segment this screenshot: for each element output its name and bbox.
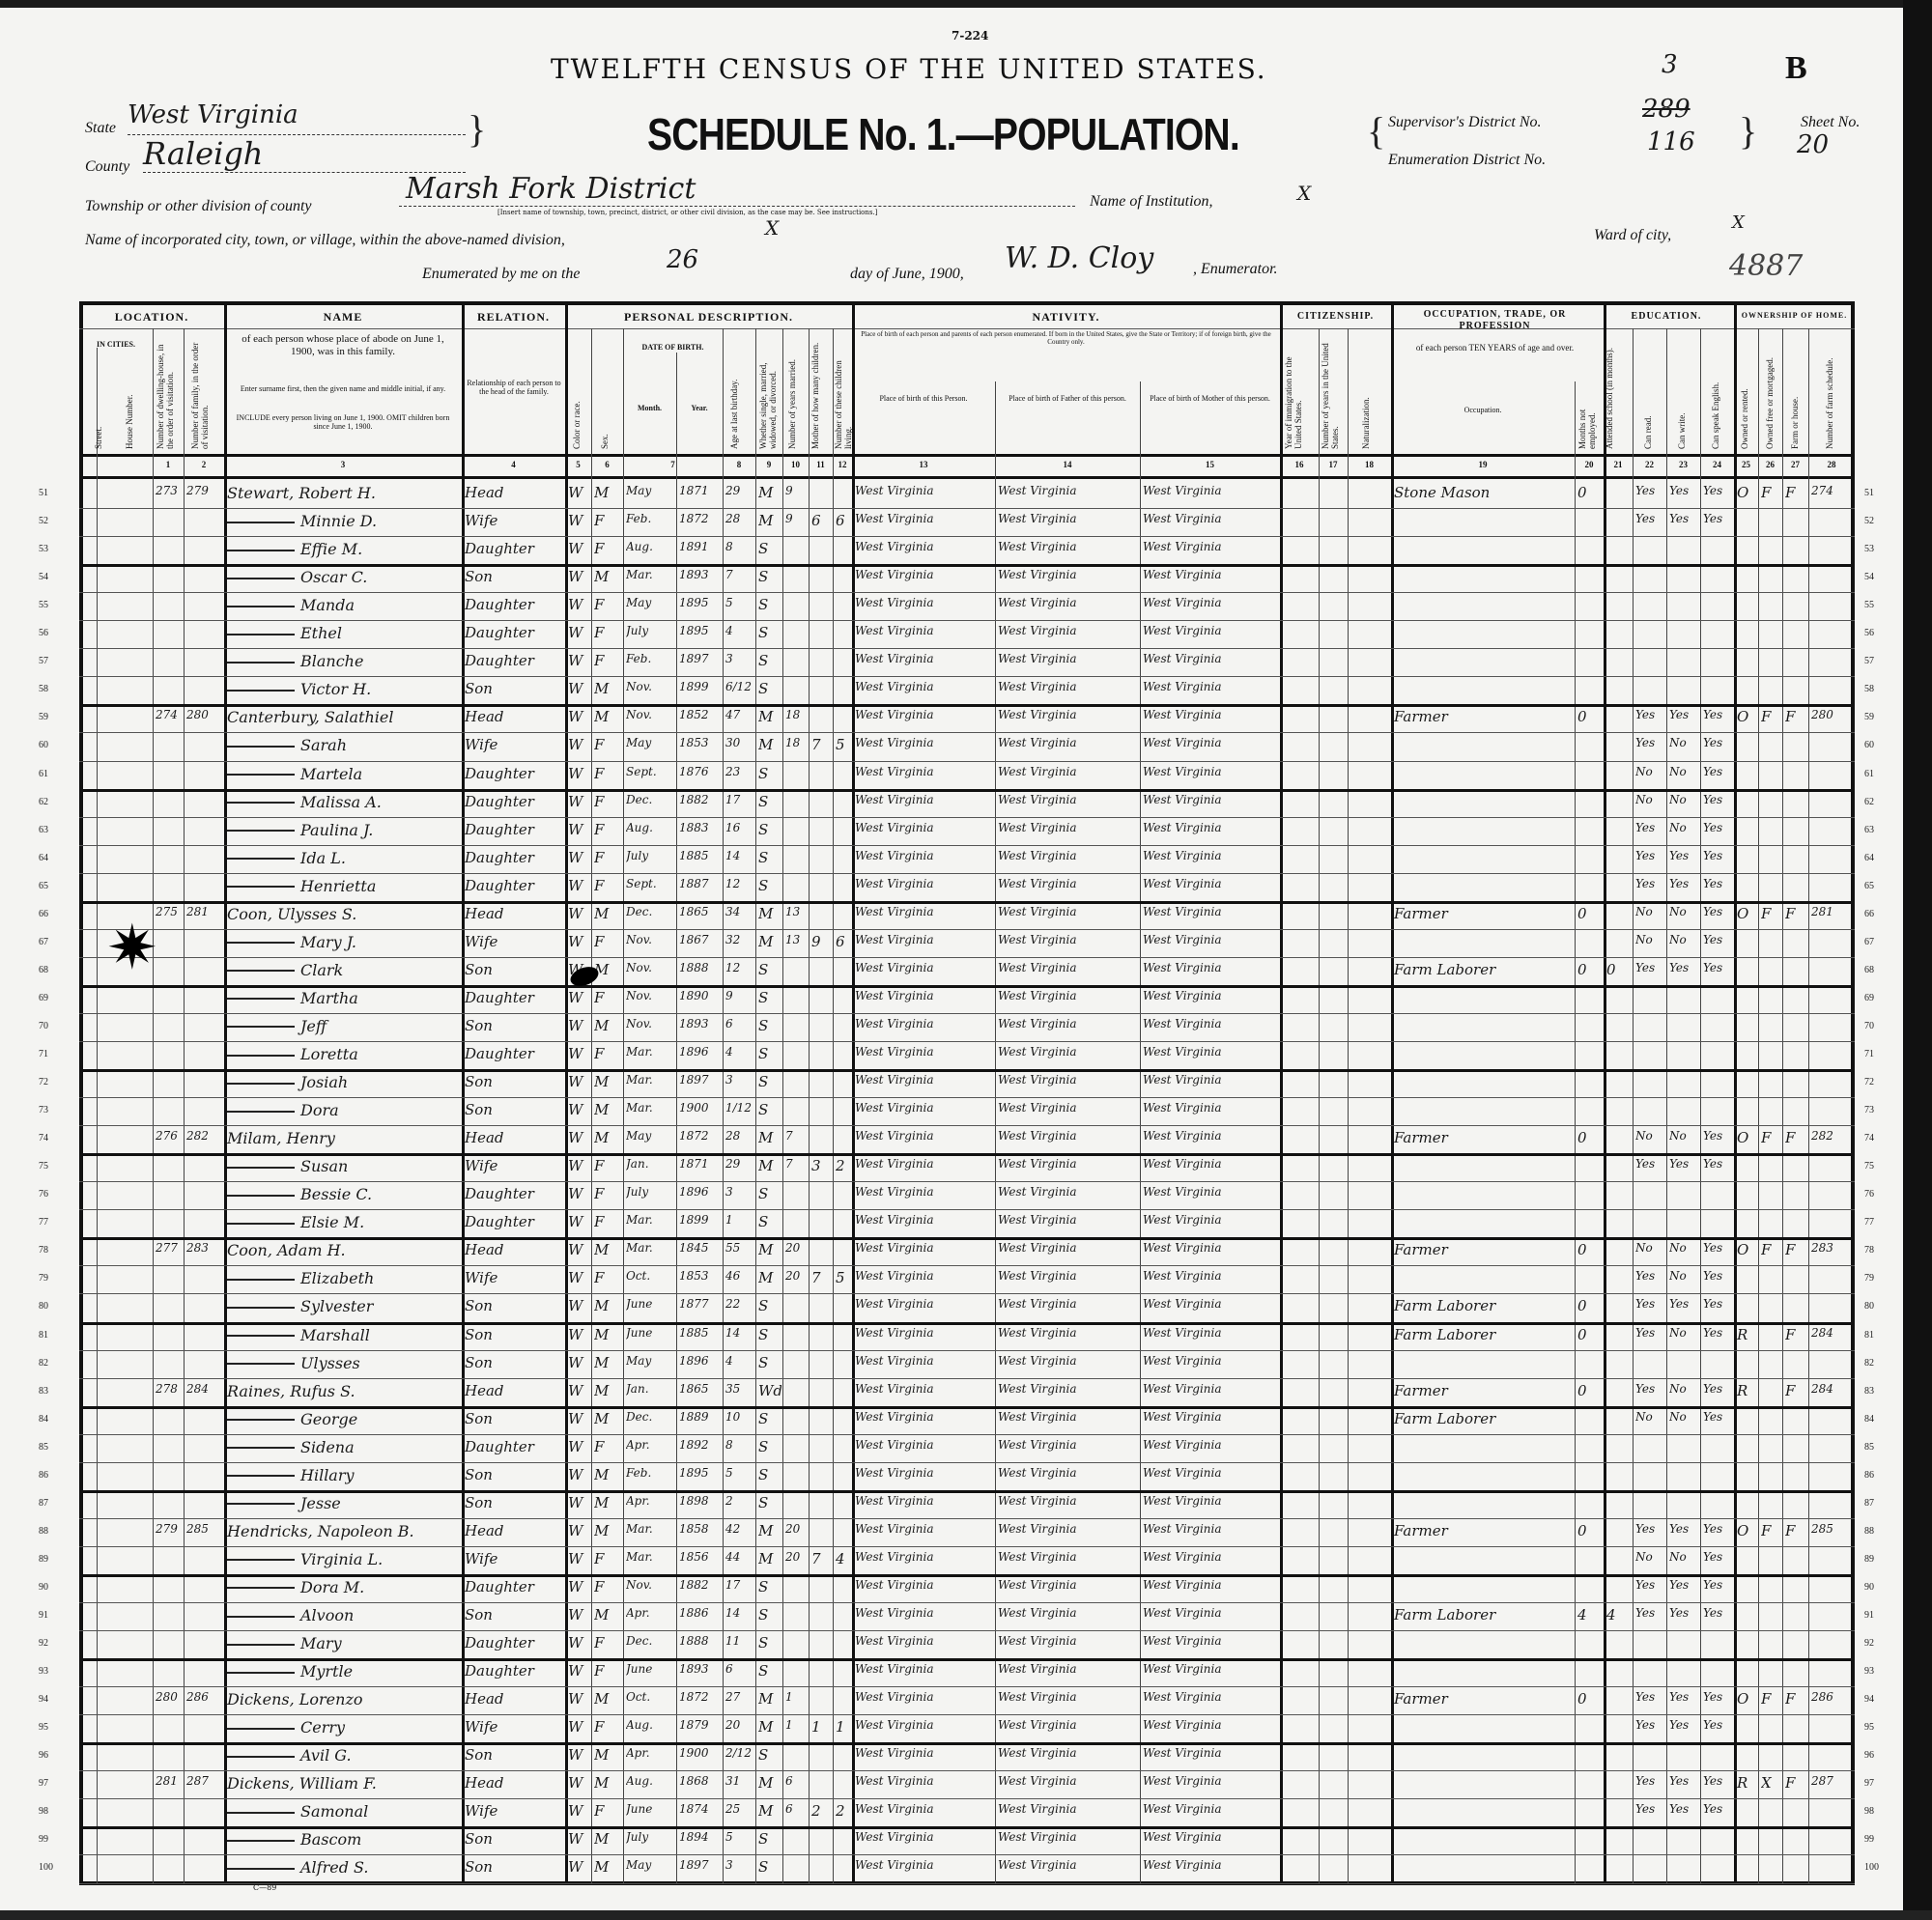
cell-relation: Daughter <box>465 1213 564 1236</box>
cell-relation: Wife <box>465 1718 564 1741</box>
cell-living: 6 <box>836 933 851 956</box>
ditto-dash <box>227 1195 295 1197</box>
cell-birth: West Virginia <box>855 1830 994 1853</box>
cell-write: Yes <box>1669 1157 1699 1180</box>
cell-occupation: Farm Laborer <box>1394 1410 1574 1433</box>
cell-sex: F <box>594 793 622 816</box>
cell-year: 1889 <box>679 1410 722 1433</box>
cell-name-text: Martela <box>300 765 362 783</box>
cell-year: 1887 <box>679 877 722 900</box>
cell-dwelling: 281 <box>156 1774 183 1797</box>
cell-dwelling: 277 <box>156 1241 183 1264</box>
cell-birth: West Virginia <box>855 1382 994 1405</box>
cell-write: Yes <box>1669 1802 1699 1825</box>
line-number: 80 <box>39 1301 48 1312</box>
ditto-dash <box>227 1503 295 1505</box>
line-number-right: 98 <box>1864 1806 1874 1817</box>
header-name-instr1: Enter surname first, then the given name… <box>232 384 454 393</box>
ditto-dash <box>227 662 295 664</box>
census-row: 8989Virginia L.WifeWFMar.185644M2074West… <box>79 1546 1855 1574</box>
line-number: 94 <box>39 1694 48 1705</box>
line-number: 65 <box>39 881 48 891</box>
cell-month: May <box>626 1354 675 1377</box>
cell-read: Yes <box>1635 877 1665 900</box>
line-number: 85 <box>39 1442 48 1453</box>
cell-write: Yes <box>1669 961 1699 984</box>
census-row: 8080SylvesterSonWMJune187722SWest Virgin… <box>79 1293 1855 1321</box>
cell-farm: F <box>1785 1129 1807 1152</box>
cell-age: 2 <box>725 1494 754 1517</box>
cell-father-birth: West Virginia <box>998 1101 1139 1124</box>
ditto-dash <box>227 1616 295 1618</box>
cell-name: Martha <box>227 989 461 1012</box>
cell-sex: M <box>594 1466 622 1489</box>
cell-year: 1895 <box>679 1466 722 1489</box>
cell-month: June <box>626 1326 675 1349</box>
header-farm-schedule: Number of farm schedule. <box>1826 333 1835 449</box>
census-row: 5454Oscar C.SonWMMar.18937SWest Virginia… <box>79 564 1855 592</box>
cell-family: 279 <box>186 484 223 507</box>
cell-mother-birth: West Virginia <box>1143 1438 1279 1461</box>
cell-mother-birth: West Virginia <box>1143 1718 1279 1741</box>
cell-school: 0 <box>1606 961 1632 984</box>
header-family: Number of family, in the order of visita… <box>191 338 216 449</box>
line-number: 82 <box>39 1358 48 1369</box>
header-rule-bottom <box>79 476 1855 479</box>
cell-month: Mar. <box>626 1101 675 1124</box>
scan-edge-top <box>0 0 1932 8</box>
cell-mother-of: 1 <box>811 1718 832 1741</box>
line-number-right: 70 <box>1864 1021 1874 1031</box>
cell-marital: S <box>758 1438 781 1461</box>
cell-name-text: Minnie D. <box>300 512 377 530</box>
line-number: 97 <box>39 1778 48 1789</box>
cell-mother-birth: West Virginia <box>1143 484 1279 507</box>
cell-write: No <box>1669 933 1699 956</box>
cell-name-text: Ida L. <box>300 849 346 867</box>
cell-name: Elsie M. <box>227 1213 461 1236</box>
cell-free: F <box>1761 1522 1781 1545</box>
cell-mother-birth: West Virginia <box>1143 1185 1279 1208</box>
cell-name: Josiah <box>227 1073 461 1096</box>
cell-birth: West Virginia <box>855 849 994 872</box>
cell-name: Alvoon <box>227 1606 461 1629</box>
census-row: 5757BlancheDaughterWFFeb.18973SWest Virg… <box>79 648 1855 676</box>
cell-sex: F <box>594 1550 622 1573</box>
cell-marital: S <box>758 793 781 816</box>
line-number-right: 89 <box>1864 1554 1874 1565</box>
cell-mother-birth: West Virginia <box>1143 1269 1279 1292</box>
cell-relation: Son <box>465 1354 564 1377</box>
enumeration-district-label: Enumeration District No. <box>1388 152 1546 169</box>
ditto-dash <box>227 1447 295 1449</box>
cell-year: 1893 <box>679 1662 722 1685</box>
cell-mother-birth: West Virginia <box>1143 1858 1279 1881</box>
enumerated-day: 26 <box>667 245 698 274</box>
cell-sex: M <box>594 680 622 703</box>
cell-birth: West Virginia <box>855 1662 994 1685</box>
cell-month: Nov. <box>626 933 675 956</box>
cell-month: Apr. <box>626 1494 675 1517</box>
column-number: 17 <box>1319 460 1348 469</box>
line-number-right: 75 <box>1864 1161 1874 1172</box>
cell-name: Dickens, William F. <box>227 1774 461 1797</box>
brace-district-right: } <box>1739 108 1757 154</box>
cell-birth: West Virginia <box>855 877 994 900</box>
cell-father-birth: West Virginia <box>998 1550 1139 1573</box>
cell-name: Manda <box>227 596 461 619</box>
cell-year: 1896 <box>679 1045 722 1068</box>
cell-mother-birth: West Virginia <box>1143 1297 1279 1320</box>
cell-color: W <box>568 821 590 844</box>
cell-relation: Daughter <box>465 765 564 788</box>
ditto-dash <box>227 1307 295 1309</box>
sheet-side: B <box>1785 50 1807 87</box>
line-number: 78 <box>39 1245 48 1256</box>
cell-father-birth: West Virginia <box>998 1774 1139 1797</box>
cell-marital: S <box>758 680 781 703</box>
cell-age: 1/12 <box>725 1101 754 1124</box>
cell-farm: F <box>1785 1774 1807 1797</box>
cell-color: W <box>568 1410 590 1433</box>
cell-unemployed: 0 <box>1577 1522 1603 1545</box>
cell-marital: S <box>758 849 781 872</box>
cell-mother-birth: West Virginia <box>1143 765 1279 788</box>
cell-father-birth: West Virginia <box>998 1662 1139 1685</box>
cell-color: W <box>568 1101 590 1124</box>
header-nativity-desc: Place of birth of each person and parent… <box>860 330 1272 346</box>
cell-sex: F <box>594 1802 622 1825</box>
cell-color: W <box>568 793 590 816</box>
cell-age: 5 <box>725 1830 754 1853</box>
cell-birth: West Virginia <box>855 989 994 1012</box>
cell-mother-birth: West Virginia <box>1143 1354 1279 1377</box>
cell-year: 1885 <box>679 849 722 872</box>
cell-color: W <box>568 1634 590 1657</box>
state-label: State <box>85 120 116 137</box>
line-number-right: 59 <box>1864 712 1874 722</box>
cell-marital: S <box>758 1354 781 1377</box>
cell-marital: S <box>758 596 781 619</box>
line-number-right: 86 <box>1864 1470 1874 1481</box>
form-number: 7-224 <box>952 29 988 42</box>
cell-mother-birth: West Virginia <box>1143 1410 1279 1433</box>
census-row: 6161MartelaDaughterWFSept.187623SWest Vi… <box>79 761 1855 789</box>
cell-color: W <box>568 765 590 788</box>
cell-father-birth: West Virginia <box>998 1241 1139 1264</box>
column-number: 19 <box>1391 460 1575 469</box>
cell-name-text: Avil G. <box>300 1746 352 1765</box>
header-dwelling: Number of dwelling-house, in the order o… <box>156 338 180 449</box>
cell-read: Yes <box>1635 1157 1665 1180</box>
cell-living: 5 <box>836 1269 851 1292</box>
cell-birth: West Virginia <box>855 624 994 647</box>
ward-label: Ward of city, <box>1594 227 1671 244</box>
cell-father-birth: West Virginia <box>998 877 1139 900</box>
cell-write: No <box>1669 1269 1699 1292</box>
cell-age: 30 <box>725 736 754 759</box>
cell-sex: F <box>594 1438 622 1461</box>
cell-age: 12 <box>725 877 754 900</box>
cell-father-birth: West Virginia <box>998 1606 1139 1629</box>
ditto-dash <box>227 1083 295 1085</box>
cell-month: Dec. <box>626 793 675 816</box>
cell-birth: West Virginia <box>855 1017 994 1040</box>
cell-relation: Head <box>465 1382 564 1405</box>
cell-month: July <box>626 1830 675 1853</box>
cell-color: W <box>568 540 590 563</box>
ditto-dash <box>227 578 295 579</box>
scan-edge-right <box>1903 0 1932 1920</box>
cell-mother-birth: West Virginia <box>1143 596 1279 619</box>
cell-marital: M <box>758 905 781 928</box>
cell-relation: Son <box>465 1494 564 1517</box>
cell-sex: M <box>594 708 622 731</box>
cell-marital: M <box>758 1774 781 1797</box>
cell-year: 1896 <box>679 1185 722 1208</box>
ditto-dash <box>227 1363 295 1365</box>
cell-age: 6 <box>725 1017 754 1040</box>
cell-name-text: Jesse <box>300 1494 341 1512</box>
cell-father-birth: West Virginia <box>998 765 1139 788</box>
cell-year: 1895 <box>679 596 722 619</box>
line-number-right: 54 <box>1864 572 1874 582</box>
cell-mother-of: 9 <box>811 933 832 956</box>
cell-year: 1872 <box>679 1690 722 1713</box>
cell-name: Cerry <box>227 1718 461 1741</box>
ditto-dash <box>227 1728 295 1730</box>
cell-birth: West Virginia <box>855 596 994 619</box>
cell-name: Milam, Henry <box>227 1129 461 1152</box>
ditto-dash <box>227 1644 295 1646</box>
census-row: 8686HillarySonWMFeb.18955SWest VirginiaW… <box>79 1462 1855 1490</box>
cell-month: Nov. <box>626 1578 675 1601</box>
line-number: 51 <box>39 488 48 498</box>
column-number: 28 <box>1808 460 1855 469</box>
header-marital: Whether single, married, widowed, or div… <box>759 338 781 449</box>
cell-age: 29 <box>725 1157 754 1180</box>
cell-father-birth: West Virginia <box>998 1578 1139 1601</box>
cell-marital: M <box>758 512 781 535</box>
census-row: 8383278284Raines, Rufus S.HeadWMJan.1865… <box>79 1378 1855 1406</box>
census-row: 6868ClarkSonWMNov.188812SWest VirginiaWe… <box>79 957 1855 985</box>
cell-name: Elizabeth <box>227 1269 461 1292</box>
cell-living: 4 <box>836 1550 851 1573</box>
ward-value: X <box>1732 212 1745 233</box>
census-row: 9393MyrtleDaughterWFJune18936SWest Virgi… <box>79 1658 1855 1686</box>
cell-name-text: Susan <box>300 1157 348 1175</box>
cell-birth: West Virginia <box>855 1326 994 1349</box>
cell-name: Malissa A. <box>227 793 461 816</box>
cell-family: 286 <box>186 1690 223 1713</box>
cell-year: 1900 <box>679 1746 722 1769</box>
cell-sex: M <box>594 1830 622 1853</box>
cell-family: 281 <box>186 905 223 928</box>
cell-name-text: Victor H. <box>300 680 371 698</box>
line-number: 60 <box>39 740 48 750</box>
line-number: 70 <box>39 1021 48 1031</box>
column-number: 18 <box>1348 460 1391 469</box>
cell-yrs-married: 9 <box>785 484 808 507</box>
line-number-right: 63 <box>1864 825 1874 835</box>
cell-father-birth: West Virginia <box>998 512 1139 535</box>
cell-color: W <box>568 1326 590 1349</box>
cell-age: 23 <box>725 765 754 788</box>
cell-father-birth: West Virginia <box>998 1634 1139 1657</box>
cell-name-text: Cerry <box>300 1718 345 1736</box>
cell-unemployed: 0 <box>1577 484 1603 507</box>
column-number: 8 <box>723 460 755 469</box>
cell-relation: Daughter <box>465 652 564 675</box>
cell-father-birth: West Virginia <box>998 1802 1139 1825</box>
cell-month: June <box>626 1662 675 1685</box>
cell-yrs-married: 18 <box>785 708 808 731</box>
marker-star-icon: ✷ <box>106 918 158 979</box>
cell-birth: West Virginia <box>855 652 994 675</box>
line-number-right: 87 <box>1864 1498 1874 1509</box>
cell-dwelling: 280 <box>156 1690 183 1713</box>
column-number: 7 <box>623 460 723 469</box>
cell-color: W <box>568 1185 590 1208</box>
cell-yrs-married: 1 <box>785 1690 808 1713</box>
township-label: Township or other division of county <box>85 198 312 215</box>
cell-father-birth: West Virginia <box>998 1858 1139 1881</box>
line-number: 55 <box>39 600 48 610</box>
cell-color: W <box>568 1297 590 1320</box>
cell-name-text: George <box>300 1410 357 1428</box>
cell-age: 4 <box>725 1045 754 1068</box>
header-personal-description: PERSONAL DESCRIPTION. <box>565 311 852 325</box>
column-number: 2 <box>184 460 224 469</box>
cell-mother-birth: West Virginia <box>1143 989 1279 1012</box>
line-number-right: 52 <box>1864 516 1874 526</box>
cell-name: Stewart, Robert H. <box>227 484 461 507</box>
cell-month: Mar. <box>626 1550 675 1573</box>
ditto-dash <box>227 886 295 888</box>
cell-yrs-married: 13 <box>785 905 808 928</box>
header-can-write: Can write. <box>1678 396 1688 449</box>
cell-color: W <box>568 1802 590 1825</box>
institution-label: Name of Institution, <box>1090 193 1213 211</box>
cell-relation: Son <box>465 1746 564 1769</box>
cell-marital: S <box>758 568 781 591</box>
line-number: 89 <box>39 1554 48 1565</box>
cell-birth: West Virginia <box>855 961 994 984</box>
cell-age: 44 <box>725 1550 754 1573</box>
census-row: 6565HenriettaDaughterWFSept.188712SWest … <box>79 873 1855 901</box>
cell-birth: West Virginia <box>855 1129 994 1152</box>
header-location: LOCATION. <box>79 311 224 325</box>
ditto-dash <box>227 942 295 944</box>
ditto-dash <box>227 830 295 832</box>
cell-yrs-married: 20 <box>785 1269 808 1292</box>
cell-free: F <box>1761 905 1781 928</box>
cell-relation: Head <box>465 708 564 731</box>
cell-yrs-married: 6 <box>785 1802 808 1825</box>
cell-relation: Wife <box>465 1802 564 1825</box>
header-house-number: House Number. <box>126 357 135 449</box>
state-value: West Virginia <box>128 100 298 129</box>
cell-read: No <box>1635 793 1665 816</box>
cell-color: W <box>568 596 590 619</box>
cell-unemployed: 0 <box>1577 1129 1603 1152</box>
cell-sex: F <box>594 624 622 647</box>
header-relation-desc: Relationship of each person to the head … <box>466 379 562 396</box>
census-row: 9292MaryDaughterWFDec.188811SWest Virgin… <box>79 1630 1855 1658</box>
cell-relation: Daughter <box>465 624 564 647</box>
line-number-right: 78 <box>1864 1245 1874 1256</box>
cell-mother-birth: West Virginia <box>1143 821 1279 844</box>
cell-color: W <box>568 512 590 535</box>
cell-relation: Son <box>465 680 564 703</box>
column-number: 10 <box>782 460 809 469</box>
cell-relation: Head <box>465 484 564 507</box>
cell-name: Blanche <box>227 652 461 675</box>
cell-name-text: Loretta <box>300 1045 358 1063</box>
line-number-right: 61 <box>1864 769 1874 779</box>
census-row: 7979ElizabethWifeWFOct.185346M2075West V… <box>79 1265 1855 1293</box>
cell-read: No <box>1635 905 1665 928</box>
line-number: 56 <box>39 628 48 638</box>
cell-marital: S <box>758 652 781 675</box>
cell-year: 1853 <box>679 1269 722 1292</box>
cell-color: W <box>568 989 590 1012</box>
census-row: 9696Avil G.SonWMApr.19002/12SWest Virgin… <box>79 1742 1855 1770</box>
cell-relation: Daughter <box>465 1578 564 1601</box>
census-row: 7171LorettaDaughterWFMar.18964SWest Virg… <box>79 1041 1855 1069</box>
cell-name: Hillary <box>227 1466 461 1489</box>
header-age: Age at last birthday. <box>730 343 740 449</box>
cell-age: 12 <box>725 961 754 984</box>
cell-farm: F <box>1785 484 1807 507</box>
cell-month: Mar. <box>626 568 675 591</box>
cell-schedule: 287 <box>1811 1774 1854 1797</box>
cell-farm: F <box>1785 708 1807 731</box>
line-number-right: 90 <box>1864 1582 1874 1593</box>
cell-write: No <box>1669 1241 1699 1264</box>
census-row: 6363Paulina J.DaughterWFAug.188316SWest … <box>79 817 1855 845</box>
cell-year: 1888 <box>679 961 722 984</box>
header-ownership: OWNERSHIP OF HOME. <box>1734 311 1855 320</box>
cell-marital: S <box>758 1101 781 1124</box>
cell-father-birth: West Virginia <box>998 1073 1139 1096</box>
ditto-dash <box>227 998 295 1000</box>
census-row: 9999BascomSonWMJuly18945SWest VirginiaWe… <box>79 1826 1855 1854</box>
cell-sex: M <box>594 568 622 591</box>
cell-write: Yes <box>1669 1774 1699 1797</box>
cell-family: 282 <box>186 1129 223 1152</box>
cell-marital: M <box>758 1690 781 1713</box>
header-color: Color or race. <box>573 381 582 449</box>
cell-relation: Daughter <box>465 1185 564 1208</box>
cell-color: W <box>568 1073 590 1096</box>
cell-marital: S <box>758 540 781 563</box>
cell-name: Clark <box>227 961 461 984</box>
cell-write: No <box>1669 1410 1699 1433</box>
cell-name-text: Myrtle <box>300 1662 353 1680</box>
cell-name: Hendricks, Napoleon B. <box>227 1522 461 1545</box>
census-row: 7575SusanWifeWFJan.187129M732West Virgin… <box>79 1153 1855 1181</box>
cell-relation: Wife <box>465 512 564 535</box>
header-month: Month. <box>623 404 676 412</box>
cell-age: 1 <box>725 1213 754 1236</box>
cell-marital: S <box>758 1326 781 1349</box>
line-number-right: 79 <box>1864 1273 1874 1284</box>
cell-free: F <box>1761 484 1781 507</box>
cell-marital: M <box>758 1241 781 1264</box>
county-label: County <box>85 158 129 176</box>
cell-relation: Daughter <box>465 849 564 872</box>
